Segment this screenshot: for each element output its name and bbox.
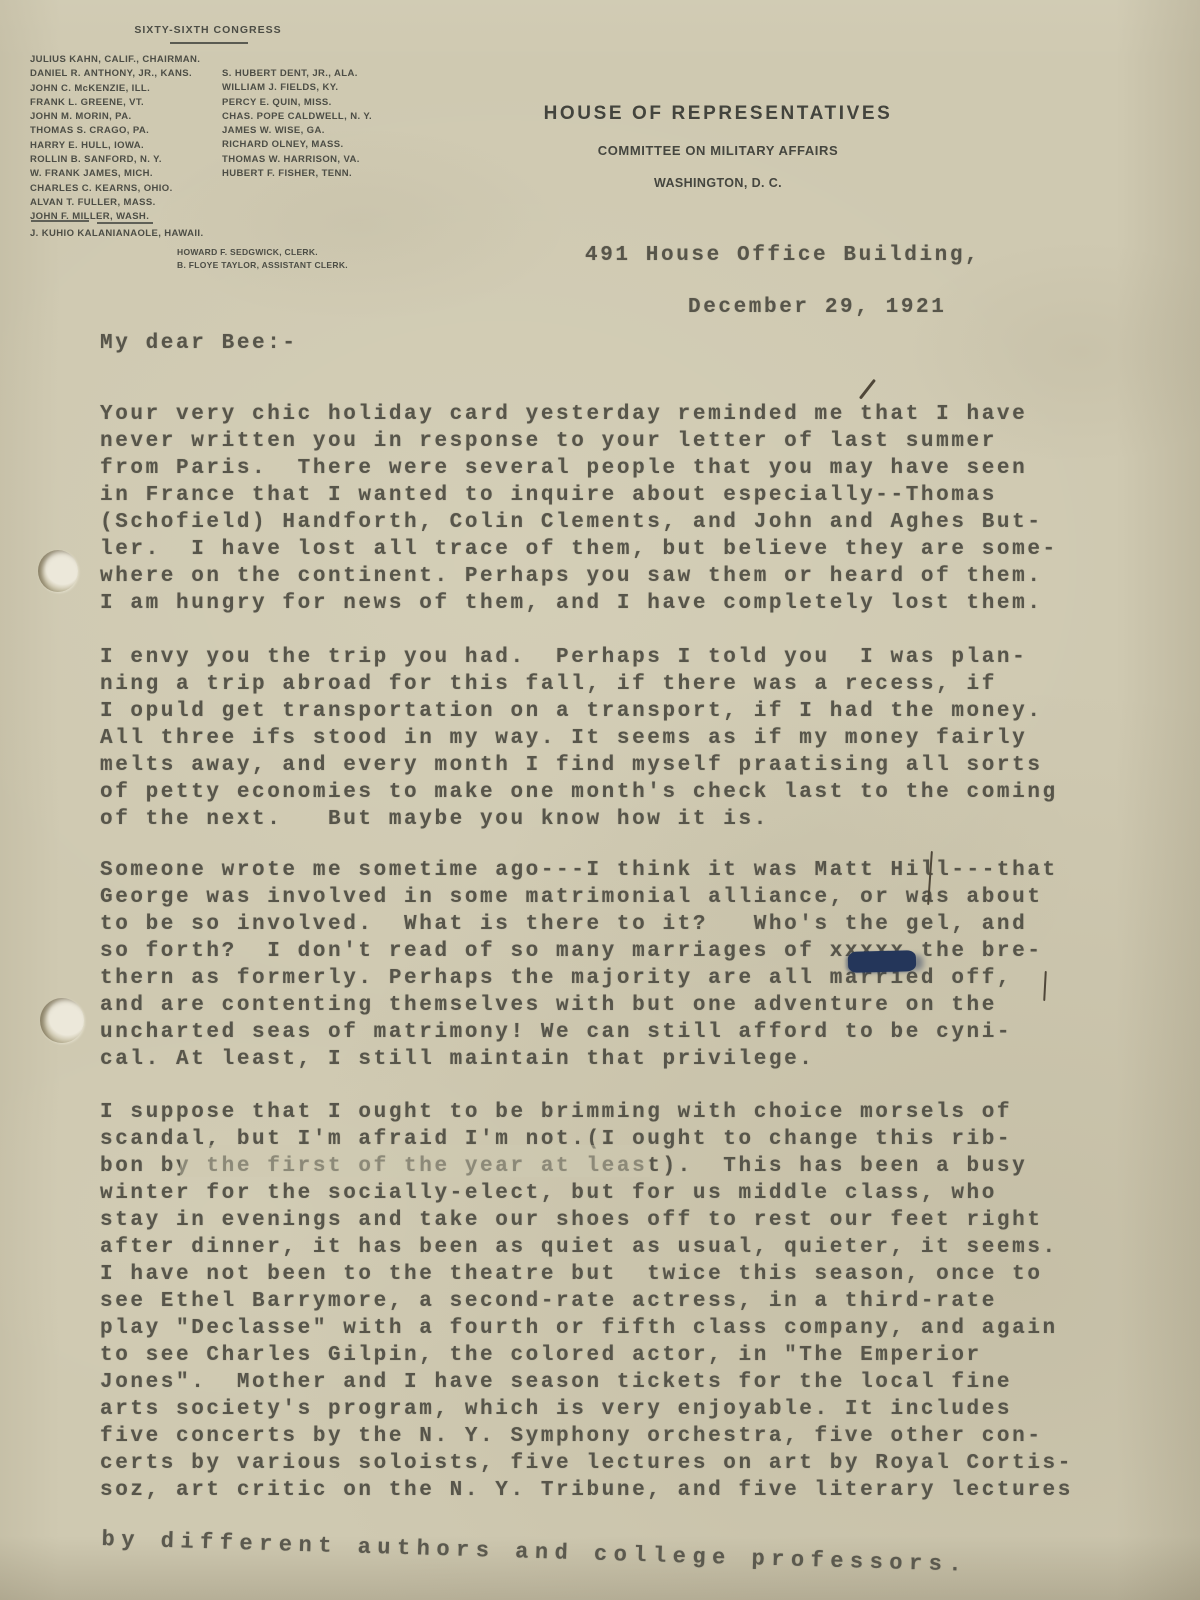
org-title: HOUSE OF REPRESENTATIVES	[518, 103, 918, 125]
member-list-rule-1	[31, 220, 89, 222]
paragraph-1: Your very chic holiday card yesterday re…	[100, 401, 1058, 617]
member-list-rule-2	[97, 222, 153, 224]
closing-line: by different authors and college profess…	[101, 1526, 968, 1579]
salutation: My dear Bee:-	[100, 330, 298, 357]
date-line: December 29, 1921	[688, 294, 946, 321]
pen-mark-icon	[859, 379, 876, 399]
member-list-right: S. HUBERT DENT, JR., ALA. WILLIAM J. FIE…	[222, 67, 372, 181]
punch-hole	[40, 998, 84, 1043]
paragraph-4: I suppose that I ought to be brimming wi…	[100, 1099, 1073, 1504]
member-hawaii: J. KUHIO KALANIANAOLE, HAWAII.	[30, 228, 204, 239]
member-list-left: JULIUS KAHN, CALIF., CHAIRMAN. DANIEL R.…	[30, 53, 200, 225]
clerk-lines: HOWARD F. SEDGWICK, CLERK. B. FLOYE TAYL…	[177, 246, 348, 271]
ink-blot	[848, 950, 917, 973]
paragraph-2: I envy you the trip you had. Perhaps I t…	[100, 644, 1058, 833]
letter-page: SIXTY-SIXTH CONGRESS JULIUS KAHN, CALIF.…	[0, 0, 1200, 1600]
congress-underline	[170, 42, 248, 44]
return-address: 491 House Office Building,	[585, 242, 980, 269]
city-line: WASHINGTON, D. C.	[518, 176, 918, 190]
punch-hole	[38, 550, 78, 592]
congress-title: SIXTY-SIXTH CONGRESS	[30, 24, 386, 36]
committee-title: COMMITTEE ON MILITARY AFFAIRS	[518, 143, 918, 158]
